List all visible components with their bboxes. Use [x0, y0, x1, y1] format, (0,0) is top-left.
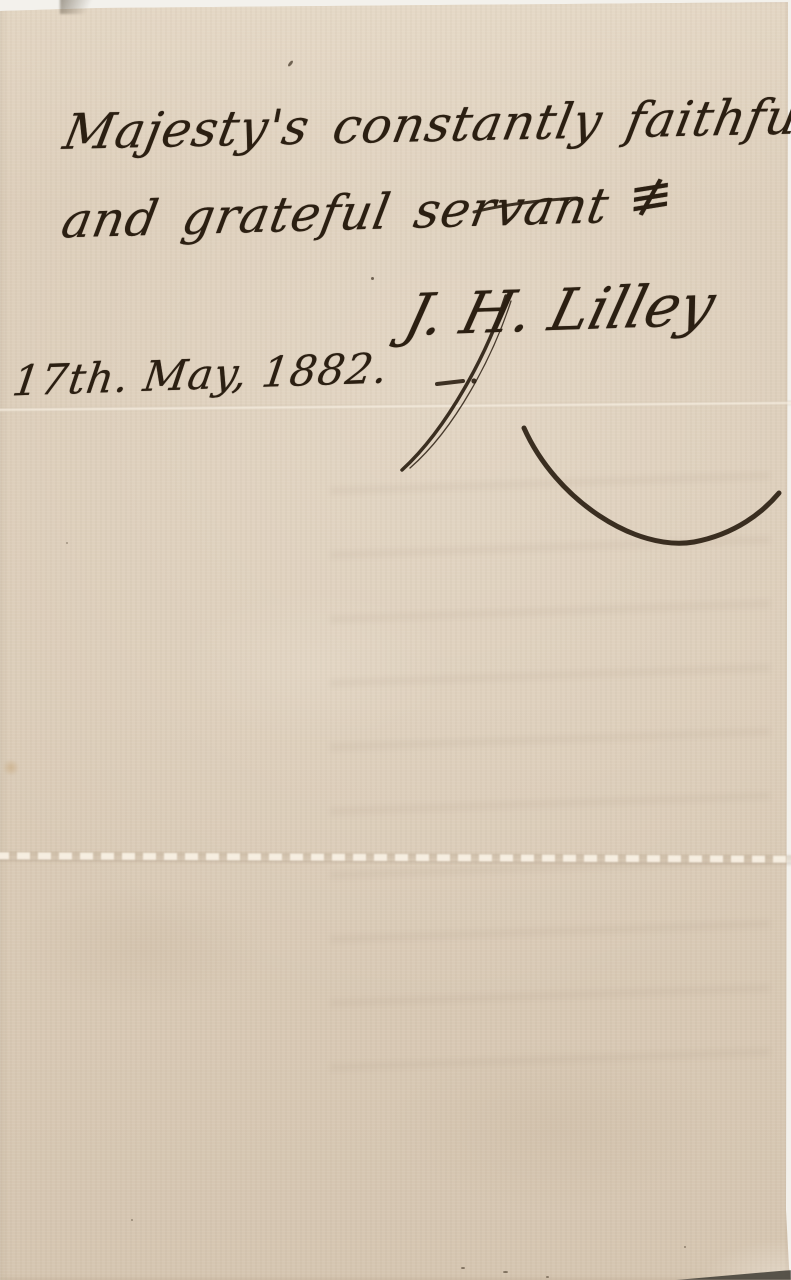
reverse-side-ghost-writing — [330, 470, 770, 1090]
paper-speck — [131, 1219, 133, 1221]
paper-speck — [461, 1267, 465, 1269]
paper-stain — [2, 760, 20, 775]
paper-speck — [66, 542, 68, 544]
ink-speck — [371, 277, 374, 280]
closing-flourish-mark: ≢ — [627, 163, 675, 230]
scanned-letter-page: Majesty's constantly faithful and gratef… — [0, 0, 791, 1280]
top-left-corner-shadow — [60, 0, 104, 14]
paper-speck — [503, 1271, 508, 1273]
bottom-right-corner-curl — [631, 1210, 791, 1280]
signature: J. H. Lilley — [398, 271, 722, 350]
paper-speck — [684, 1246, 686, 1248]
paper-speck — [546, 1276, 549, 1278]
